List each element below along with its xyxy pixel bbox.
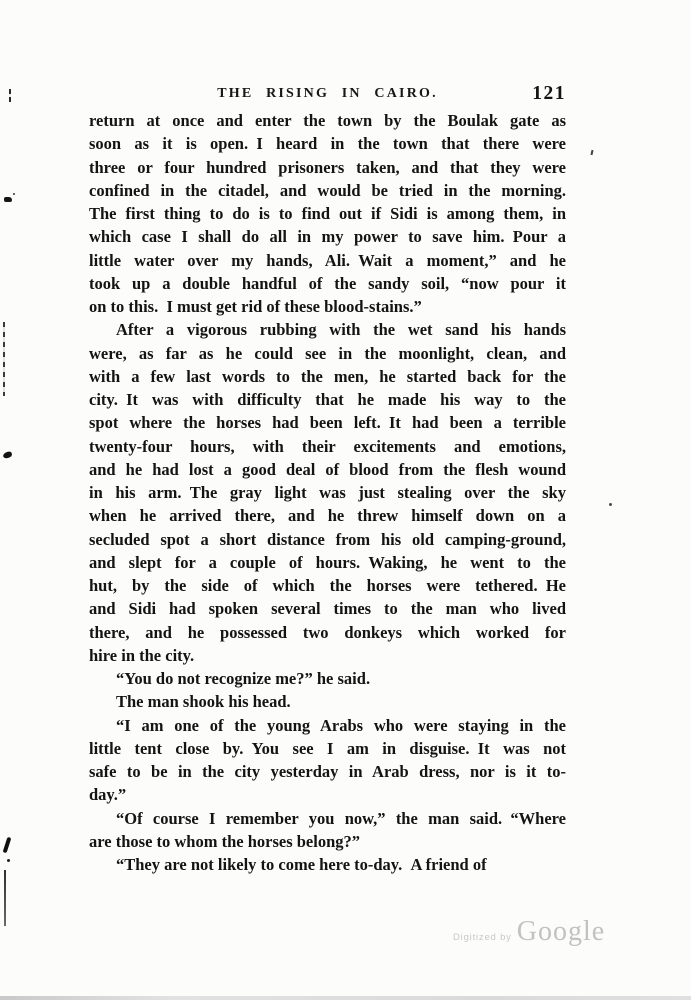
text-line: with a few last words to the men, he sta… [89, 365, 566, 388]
text-line: “Of course I remember you now,” the man … [89, 807, 566, 830]
text-line: After a vigorous rubbing with the wet sa… [89, 318, 566, 341]
running-header: THE RISING IN CAIRO. [89, 86, 566, 102]
book-page: THE RISING IN CAIRO. 121 return at once … [0, 0, 691, 1000]
text-line: which case I shall do all in my power to… [89, 225, 566, 248]
scan-edge [0, 996, 691, 1000]
text-line: little tent close by. You see I am in di… [89, 737, 566, 760]
page-number: 121 [532, 83, 566, 105]
watermark-text: Digitized by [453, 932, 512, 943]
scan-artifact-left-dot [13, 193, 15, 195]
text-line: “They are not likely to come here to-day… [89, 853, 566, 876]
scan-artifact-right-tick [591, 150, 594, 155]
scan-artifact-dashed-line [3, 322, 5, 396]
text-line: and slept for a couple of hours. Waking,… [89, 551, 566, 574]
text-line: soon as it is open. I heard in the town … [89, 132, 566, 155]
text-line: are those to whom the horses belong?” [89, 830, 566, 853]
text-line: there, and he possessed two donkeys whic… [89, 621, 566, 644]
text-line: in his arm. The gray light was just stea… [89, 481, 566, 504]
text-line: “You do not recognize me?” he said. [89, 667, 566, 690]
scan-artifact-left-speck [2, 451, 12, 459]
digitization-watermark: Digitized by Google [453, 916, 605, 948]
scan-artifact-left-blob [4, 197, 12, 202]
text-line: three or four hundred prisoners taken, a… [89, 156, 566, 179]
text-line: return at once and enter the town by the… [89, 109, 566, 132]
text-line: “I am one of the young Arabs who were st… [89, 714, 566, 737]
google-logo: Google [517, 916, 605, 948]
text-line: hire in the city. [89, 644, 566, 667]
text-line: and he had lost a good deal of blood fro… [89, 458, 566, 481]
page-title: THE RISING IN CAIRO. [217, 86, 438, 101]
text-line: were, as far as he could see in the moon… [89, 342, 566, 365]
text-line: city. It was with difficulty that he mad… [89, 388, 566, 411]
text-line: The first thing to do is to find out if … [89, 202, 566, 225]
scan-artifact-bottom-dot [7, 859, 10, 862]
text-line: and Sidi had spoken several times to the… [89, 597, 566, 620]
text-line: hut, by the side of which the horses wer… [89, 574, 566, 597]
text-line: spot where the horses had been left. It … [89, 411, 566, 434]
text-line: day.” [89, 783, 566, 806]
text-line: safe to be in the city yesterday in Arab… [89, 760, 566, 783]
text-line: The man shook his head. [89, 690, 566, 713]
scan-artifact-vertical-line [4, 870, 6, 926]
text-line: secluded spot a short distance from his … [89, 528, 566, 551]
text-line: twenty-four hours, with their excitement… [89, 435, 566, 458]
text-line: confined in the citadel, and would be tr… [89, 179, 566, 202]
scan-artifact-pen-stroke [3, 837, 12, 853]
scan-artifact-right-dot [609, 503, 612, 506]
text-line: little water over my hands, Ali. Wait a … [89, 249, 566, 272]
text-line: on to this. I must get rid of these bloo… [89, 295, 566, 318]
page-body: return at once and enter the town by the… [89, 109, 566, 876]
text-line: took up a double handful of the sandy so… [89, 272, 566, 295]
text-line: when he arrived there, and he threw hims… [89, 504, 566, 527]
scan-artifact-left-dash [9, 89, 11, 102]
